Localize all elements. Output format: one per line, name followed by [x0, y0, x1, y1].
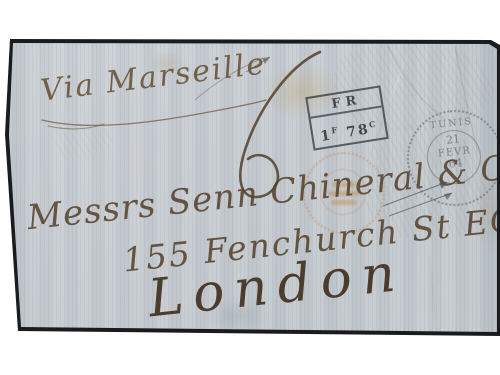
rate-francs-unit: F: [331, 125, 340, 136]
rate-centimes: 78: [345, 122, 371, 141]
route-note: Via Marseille: [39, 46, 268, 108]
paper-scratches: [52, 118, 114, 160]
cover-paper: Via Marseille 6 FR 1F 78C TUNIS 21 FEVR …: [0, 0, 500, 375]
rate-centimes-unit: C: [368, 119, 378, 130]
cover-photo: Via Marseille 6 FR 1F 78C TUNIS 21 FEVR …: [0, 0, 500, 375]
